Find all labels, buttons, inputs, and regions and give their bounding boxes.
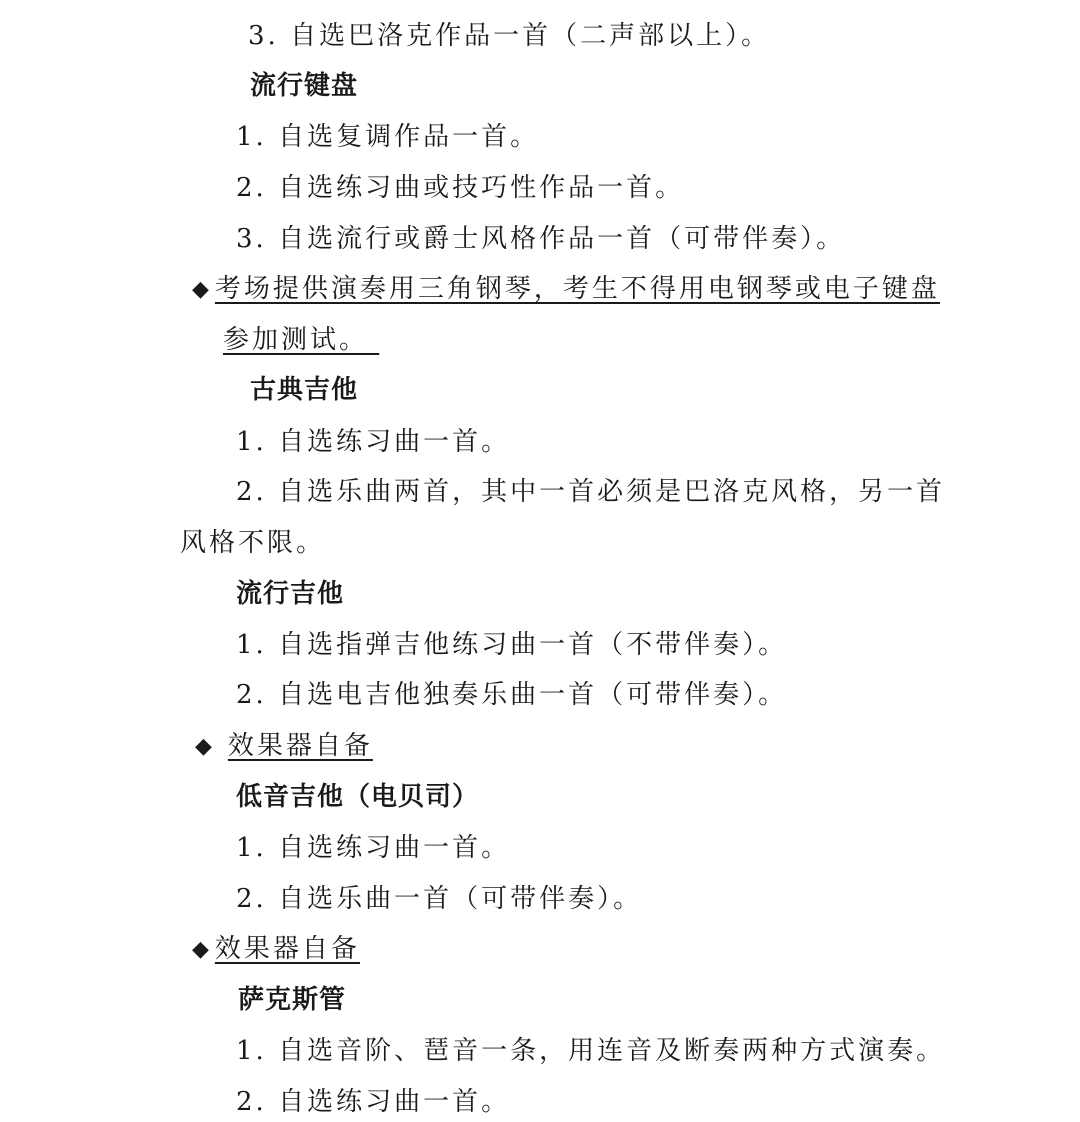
item-text: 1. 自选练习曲一首。 bbox=[236, 427, 510, 457]
saxophone-item-2: 2. 自选练习曲一首。 bbox=[236, 1084, 510, 1120]
item-text: 3. 自选巴洛克作品一首（二声部以上）。 bbox=[248, 21, 770, 51]
classical-guitar-item-1: 1. 自选练习曲一首。 bbox=[236, 424, 510, 460]
item-text: 2. 自选练习曲或技巧性作品一首。 bbox=[236, 173, 684, 203]
item-text: 1. 自选指弹吉他练习曲一首（不带伴奏）。 bbox=[236, 630, 787, 660]
pop-keyboard-item-3: 3. 自选流行或爵士风格作品一首（可带伴奏）。 bbox=[236, 221, 845, 257]
pop-guitar-note: ◆效果器自备 bbox=[195, 728, 373, 765]
pop-guitar-item-1: 1. 自选指弹吉他练习曲一首（不带伴奏）。 bbox=[236, 627, 787, 663]
diamond-bullet-icon: ◆ bbox=[195, 729, 212, 765]
heading-pop-guitar: 流行吉他 bbox=[236, 576, 344, 612]
diamond-bullet-icon: ◆ bbox=[192, 932, 209, 968]
heading-text: 流行吉他 bbox=[236, 579, 344, 609]
note-text: 考场提供演奏用三角钢琴，考生不得用电钢琴或电子键盘 bbox=[215, 274, 940, 304]
classical-guitar-item-2: 2. 自选乐曲两首，其中一首必须是巴洛克风格，另一首 bbox=[236, 474, 945, 510]
pop-keyboard-note-continued: 参加测试。 bbox=[223, 322, 379, 358]
note-text: 参加测试。 bbox=[223, 325, 368, 355]
pop-keyboard-note: ◆考场提供演奏用三角钢琴，考生不得用电钢琴或电子键盘 bbox=[192, 271, 940, 308]
pop-guitar-item-2: 2. 自选电吉他独奏乐曲一首（可带伴奏）。 bbox=[236, 677, 787, 713]
bass-guitar-item-2: 2. 自选乐曲一首（可带伴奏）。 bbox=[236, 881, 642, 917]
heading-text: 流行键盘 bbox=[250, 71, 358, 101]
item-text: 风格不限。 bbox=[180, 528, 325, 558]
heading-saxophone: 萨克斯管 bbox=[238, 982, 346, 1018]
heading-bass-guitar: 低音吉他（电贝司） bbox=[236, 779, 479, 815]
item-text: 2. 自选电吉他独奏乐曲一首（可带伴奏）。 bbox=[236, 680, 787, 710]
item-text: 2. 自选练习曲一首。 bbox=[236, 1087, 510, 1117]
underline-tail bbox=[368, 325, 379, 355]
heading-classical-guitar: 古典吉他 bbox=[250, 372, 358, 408]
diamond-bullet-icon: ◆ bbox=[192, 272, 209, 308]
heading-pop-keyboard: 流行键盘 bbox=[250, 68, 358, 104]
note-text: 效果器自备 bbox=[228, 731, 373, 761]
bass-guitar-item-1: 1. 自选练习曲一首。 bbox=[236, 830, 510, 866]
item-text: 2. 自选乐曲两首，其中一首必须是巴洛克风格，另一首 bbox=[236, 477, 945, 507]
bass-guitar-note: ◆效果器自备 bbox=[192, 931, 360, 968]
keyboard-item-3-baroque: 3. 自选巴洛克作品一首（二声部以上）。 bbox=[248, 18, 770, 54]
heading-text: 低音吉他（电贝司） bbox=[236, 782, 479, 812]
pop-keyboard-item-1: 1. 自选复调作品一首。 bbox=[236, 119, 539, 155]
item-text: 1. 自选复调作品一首。 bbox=[236, 122, 539, 152]
note-text: 效果器自备 bbox=[215, 934, 360, 964]
item-text: 1. 自选练习曲一首。 bbox=[236, 833, 510, 863]
item-text: 3. 自选流行或爵士风格作品一首（可带伴奏）。 bbox=[236, 224, 845, 254]
pop-keyboard-item-2: 2. 自选练习曲或技巧性作品一首。 bbox=[236, 170, 684, 206]
saxophone-item-1: 1. 自选音阶、琶音一条，用连音及断奏两种方式演奏。 bbox=[236, 1033, 945, 1069]
item-text: 2. 自选乐曲一首（可带伴奏）。 bbox=[236, 884, 642, 914]
item-text: 1. 自选音阶、琶音一条，用连音及断奏两种方式演奏。 bbox=[236, 1036, 945, 1066]
heading-text: 萨克斯管 bbox=[238, 985, 346, 1015]
classical-guitar-item-2-continued: 风格不限。 bbox=[180, 525, 325, 561]
heading-text: 古典吉他 bbox=[250, 375, 358, 405]
